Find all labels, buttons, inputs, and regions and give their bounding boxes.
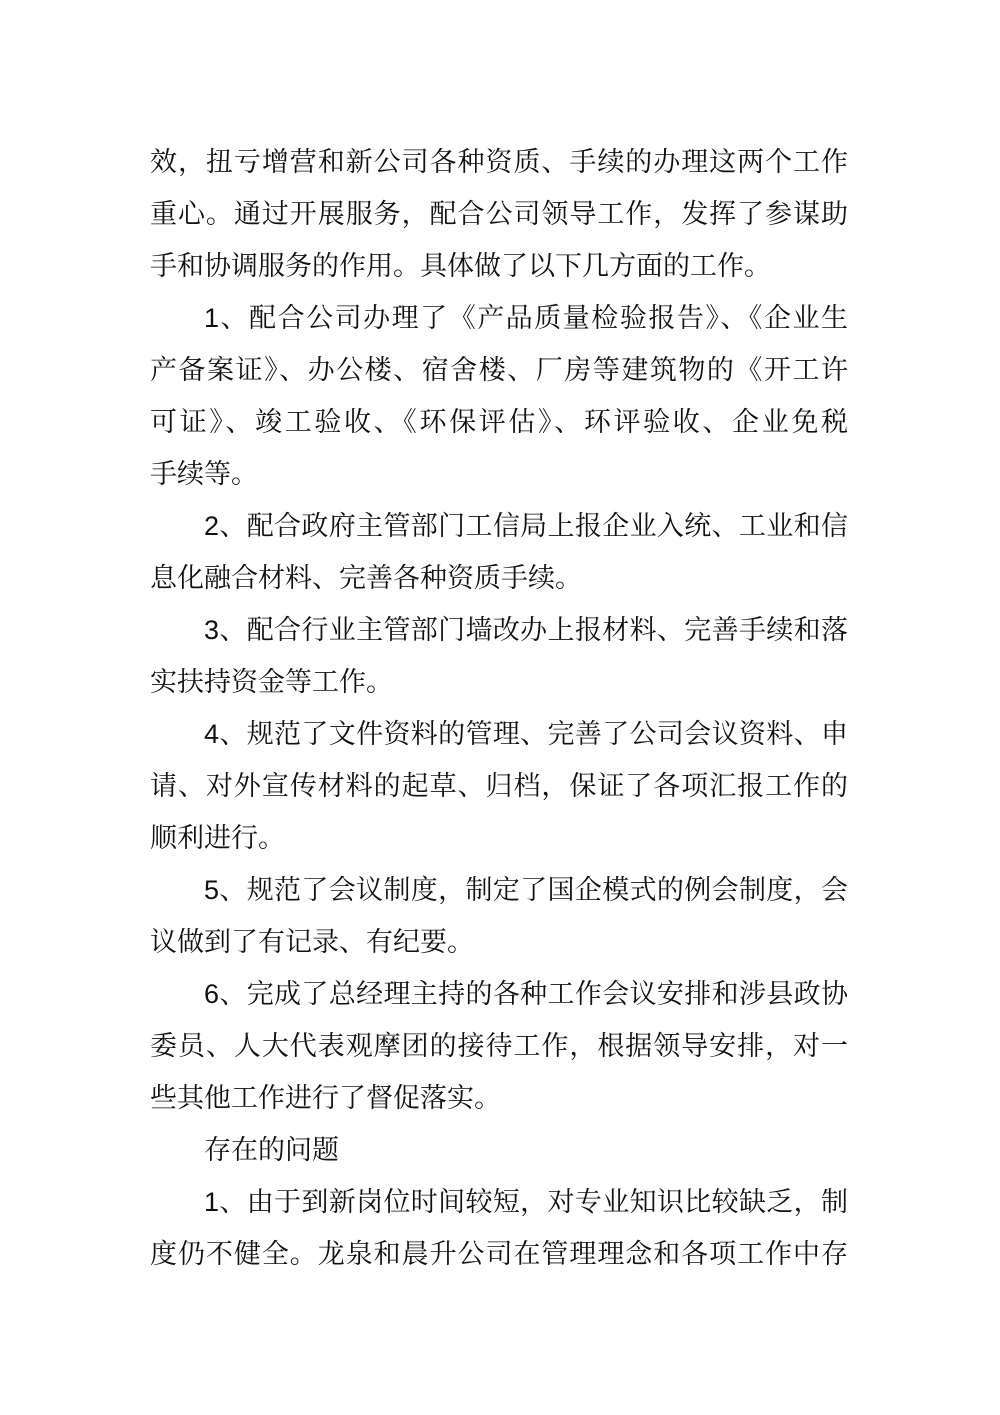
text-line: 请、对外宣传材料的起草、归档，保证了各项汇报工作的 — [150, 760, 848, 812]
text-line: 3、配合行业主管部门墙改办上报材料、完善手续和落 — [150, 604, 848, 656]
text-line: 息化融合材料、完善各种资质手续。 — [150, 552, 848, 604]
text-line: 重心。通过开展服务，配合公司领导工作，发挥了参谋助 — [150, 188, 848, 240]
text-line: 6、完成了总经理主持的各种工作会议安排和涉县政协 — [150, 968, 848, 1020]
text-line: 产备案证》、办公楼、宿舍楼、厂房等建筑物的《开工许 — [150, 344, 848, 396]
text-line: 手续等。 — [150, 448, 848, 500]
text-line: 度仍不健全。龙泉和晨升公司在管理理念和各项工作中存 — [150, 1228, 848, 1280]
text-line: 效，扭亏增营和新公司各种资质、手续的办理这两个工作 — [150, 136, 848, 188]
text-line: 5、规范了会议制度，制定了国企模式的例会制度，会 — [150, 864, 848, 916]
text-line: 存在的问题 — [150, 1124, 848, 1176]
document-body: 效，扭亏增营和新公司各种资质、手续的办理这两个工作重心。通过开展服务，配合公司领… — [150, 136, 848, 1280]
text-line: 1、配合公司办理了《产品质量检验报告》、《企业生 — [150, 292, 848, 344]
text-line: 可证》、竣工验收、《环保评估》、环评验收、企业免税 — [150, 396, 848, 448]
text-line: 手和协调服务的作用。具体做了以下几方面的工作。 — [150, 240, 848, 292]
text-line: 委员、人大代表观摩团的接待工作，根据领导安排，对一 — [150, 1020, 848, 1072]
text-line: 1、由于到新岗位时间较短，对专业知识比较缺乏，制 — [150, 1176, 848, 1228]
text-line: 实扶持资金等工作。 — [150, 656, 848, 708]
text-line: 顺利进行。 — [150, 812, 848, 864]
text-line: 4、规范了文件资料的管理、完善了公司会议资料、申 — [150, 708, 848, 760]
document-page: 效，扭亏增营和新公司各种资质、手续的办理这两个工作重心。通过开展服务，配合公司领… — [0, 0, 1000, 1415]
text-line: 议做到了有记录、有纪要。 — [150, 916, 848, 968]
text-line: 2、配合政府主管部门工信局上报企业入统、工业和信 — [150, 500, 848, 552]
text-line: 些其他工作进行了督促落实。 — [150, 1072, 848, 1124]
